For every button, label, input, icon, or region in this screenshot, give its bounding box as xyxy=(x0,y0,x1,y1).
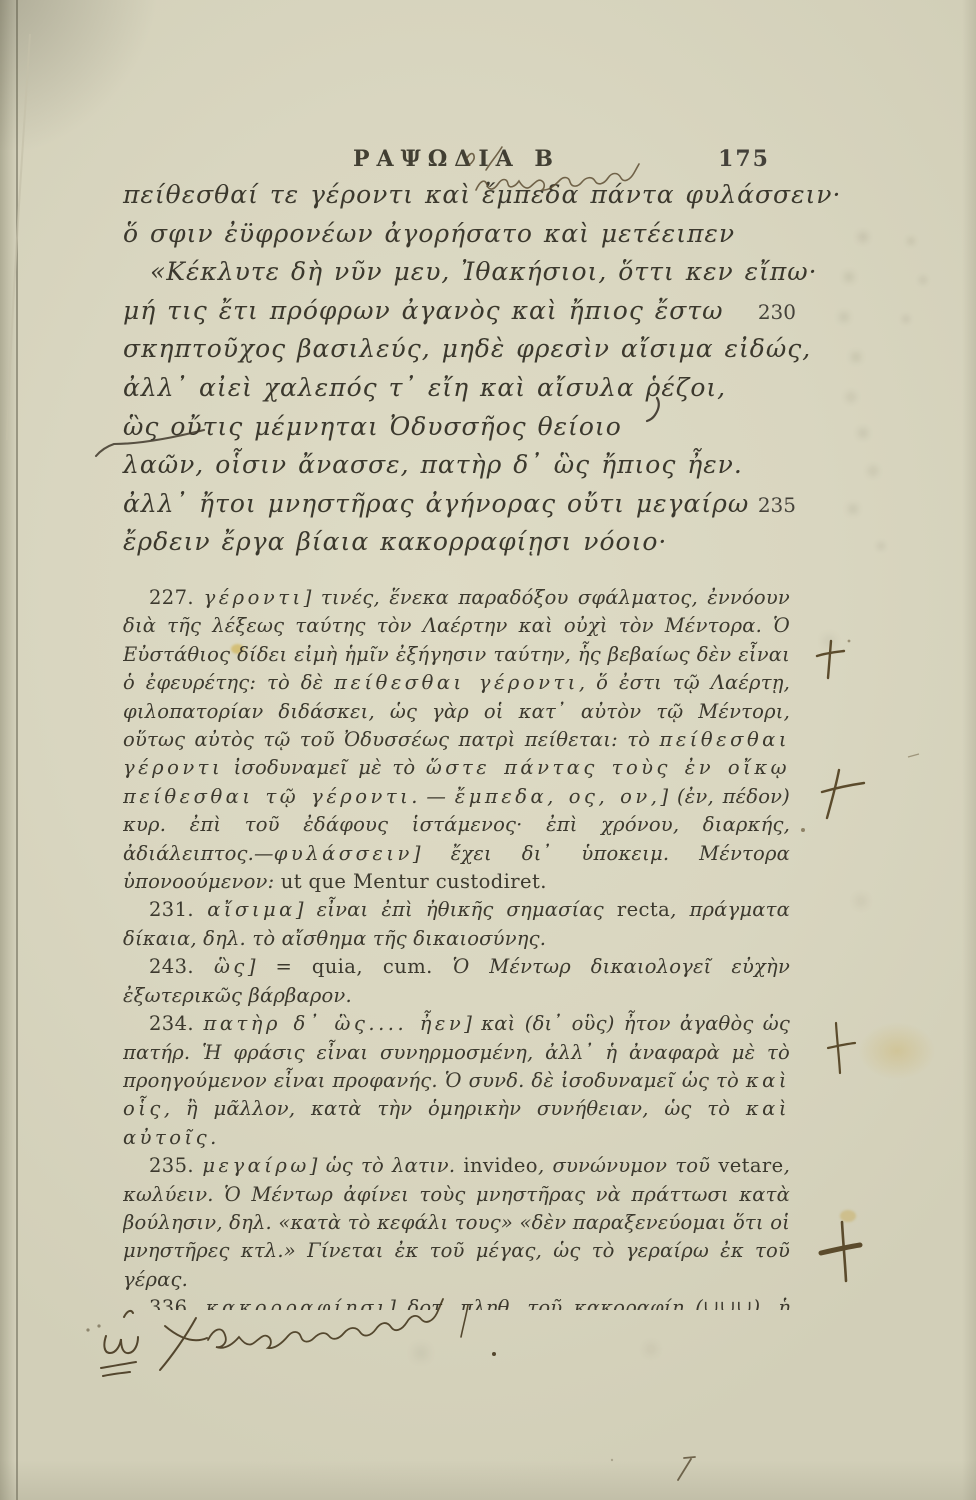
commentary-text: . — xyxy=(411,785,455,808)
commentary-text: recta xyxy=(617,898,670,921)
margin-specks xyxy=(801,640,919,832)
commentary-entry: 231. αἴσιμα] εἶναι ἐπὶ ἠθικῆς σημασίας r… xyxy=(123,896,790,953)
show-through-smudges xyxy=(0,0,2,2)
commentary-text: ] ὡς τὸ λατιν. xyxy=(310,1154,464,1177)
lemma: γέροντι xyxy=(204,586,304,609)
commentary-text: , συνώνυμον τοῦ xyxy=(538,1154,718,1177)
page-binding-edge xyxy=(0,0,18,1500)
verse-line: ἀλλ᾽ ἤτοι μνηστῆρας ἀγήνορας οὔτι μεγαίρ… xyxy=(123,489,793,528)
verse-text: ὅ σφιν ἐϋφρονέων ἀγορήσατο καὶ μετέειπεν xyxy=(123,219,735,248)
corner-shadow xyxy=(0,0,170,150)
verse-line: ἔρδειν ἔργα βίαια κακορραφίῃσι νόοιο· xyxy=(123,527,793,566)
verse-text: ὣς οὔτις μέμνηται Ὀδυσσῆος θείοιο xyxy=(123,412,622,441)
verse-line: σκηπτοῦχος βασιλεύς, μηδὲ φρεσὶν αἴσιμα … xyxy=(123,334,793,373)
commentary-text: 227. xyxy=(149,586,204,609)
margin-cross-2 xyxy=(822,770,864,818)
verse-text: λαῶν, οἷσιν ἄνασσε, πατὴρ δ᾽ ὣς ἤπιος ἦε… xyxy=(123,450,743,479)
commentary-text: 234. xyxy=(149,1012,204,1035)
lemma: πείθεσθαι γέροντι xyxy=(334,671,579,694)
verse-text: πείθεσθαί τε γέροντι καὶ ἔμπεδα πάντα φυ… xyxy=(123,180,841,209)
paper-stain xyxy=(858,1022,936,1080)
commentary-text: ἰσοδυναμεῖ μὲ τὸ xyxy=(223,756,426,779)
paper-stain xyxy=(840,1210,856,1222)
commentary-block: 227. γέροντι] τινές, ἕνεκα παραδόξου σφά… xyxy=(123,584,790,1310)
scanned-book-page: ΡΑΨΩΔΙΑ Β 175 πείθεσθαί τε γέροντι καὶ ἔ… xyxy=(0,0,976,1500)
commentary-text: vetare xyxy=(718,1154,783,1177)
verse-line: πείθεσθαί τε γέροντι καὶ ἔμπεδα πάντα φυ… xyxy=(123,180,793,219)
verse-line: λαῶν, οἷσιν ἄνασσε, πατὴρ δ᾽ ὣς ἤπιος ἦε… xyxy=(123,450,793,489)
margin-cross-1 xyxy=(817,641,844,678)
verse-text: ἔρδειν ἔργα βίαια κακορραφίῃσι νόοιο· xyxy=(123,527,667,556)
commentary-entry: 243. ὣς] = quia, cum. Ὁ Μέντωρ δικαιολογ… xyxy=(123,953,790,1010)
verse-line: «Κέκλυτε δὴ νῦν μευ, Ἰθακήσιοι, ὅττι κεν… xyxy=(123,257,793,296)
verse-line-number: 230 xyxy=(758,300,796,324)
verse-line-number: 235 xyxy=(758,493,796,517)
verse-block: πείθεσθαί τε γέροντι καὶ ἔμπεδα πάντα φυ… xyxy=(123,180,793,566)
verse-line: μή τις ἔτι πρόφρων ἀγανὸς καὶ ἤπιος ἔστω… xyxy=(123,296,793,335)
page-bottom-edge xyxy=(0,1460,976,1500)
lemma: κακορραφίῃσι xyxy=(206,1296,389,1310)
verse-text: ἀλλ᾽ αἰεὶ χαλεπός τ᾽ εἴη καὶ αἴσυλα ῥέζο… xyxy=(123,373,726,402)
commentary-entry: 336. κακορραφίῃσι] δοτ. πληθ. τοῦ κακορα… xyxy=(123,1294,790,1310)
verse-text: μή τις ἔτι πρόφρων ἀγανὸς καὶ ἤπιος ἔστω xyxy=(123,296,724,325)
commentary-text: ] = xyxy=(248,955,312,978)
commentary-entry: 227. γέροντι] τινές, ἕνεκα παραδόξου σφά… xyxy=(123,584,790,896)
lemma: μεγαίρω xyxy=(202,1154,309,1177)
lemma: φυλάσσειν xyxy=(274,842,413,865)
page-title: ΡΑΨΩΔΙΑ Β xyxy=(123,146,790,172)
verse-text: «Κέκλυτε δὴ νῦν μευ, Ἰθακήσιοι, ὅττι κεν… xyxy=(123,257,818,286)
verse-line: ὅ σφιν ἐϋφρονέων ἀγορήσατο καὶ μετέειπεν xyxy=(123,219,793,258)
commentary-text: 243. xyxy=(149,955,214,978)
page-number: 175 xyxy=(718,146,770,172)
page-right-edge xyxy=(962,0,976,1500)
commentary-text: , ἢ μᾶλλον, κατὰ τὴν ὁμηρικὴν συνήθειαν,… xyxy=(164,1097,746,1120)
commentary-text: 336. xyxy=(149,1296,206,1310)
commentary-text: . xyxy=(210,1126,216,1149)
verse-text: σκηπτοῦχος βασιλεύς, μηδὲ φρεσὶν αἴσιμα … xyxy=(123,334,811,363)
lemma: ἔμπεδα, ος, ον, xyxy=(455,785,661,808)
bottom-handwritten-note xyxy=(86,1299,496,1376)
commentary-text: ] εἶναι ἐπὶ ἠθικῆς σημασίας xyxy=(296,898,617,921)
commentary-text: 235. xyxy=(149,1154,202,1177)
commentary-text: ut que Mentur custodiret. xyxy=(281,870,547,893)
lemma: πατὴρ δ᾽ ὣς.... ἦεν xyxy=(204,1012,465,1035)
verse-line: ἀλλ᾽ αἰεὶ χαλεπός τ᾽ εἴη καὶ αἴσυλα ῥέζο… xyxy=(123,373,793,412)
commentary-entry: 234. πατὴρ δ᾽ ὣς.... ἦεν] καὶ (δι᾽ οὓς) … xyxy=(123,1010,790,1152)
commentary-text: quia, cum. xyxy=(312,955,433,978)
lemma: αἴσιμα xyxy=(207,898,296,921)
verse-line: ὣς οὔτις μέμνηται Ὀδυσσῆος θείοιο xyxy=(123,412,793,451)
commentary-text: 231. xyxy=(149,898,207,921)
commentary-text: invideo xyxy=(463,1154,538,1177)
margin-cross-4 xyxy=(821,1222,860,1281)
margin-cross-3 xyxy=(828,1023,855,1073)
page-header: ΡΑΨΩΔΙΑ Β 175 xyxy=(123,146,790,176)
verse-text: ἀλλ᾽ ἤτοι μνηστῆρας ἀγήνορας οὔτι μεγαίρ… xyxy=(123,489,749,518)
commentary-entry: 235. μεγαίρω] ὡς τὸ λατιν. invideo, συνώ… xyxy=(123,1152,790,1294)
lemma: ὣς xyxy=(214,955,248,978)
